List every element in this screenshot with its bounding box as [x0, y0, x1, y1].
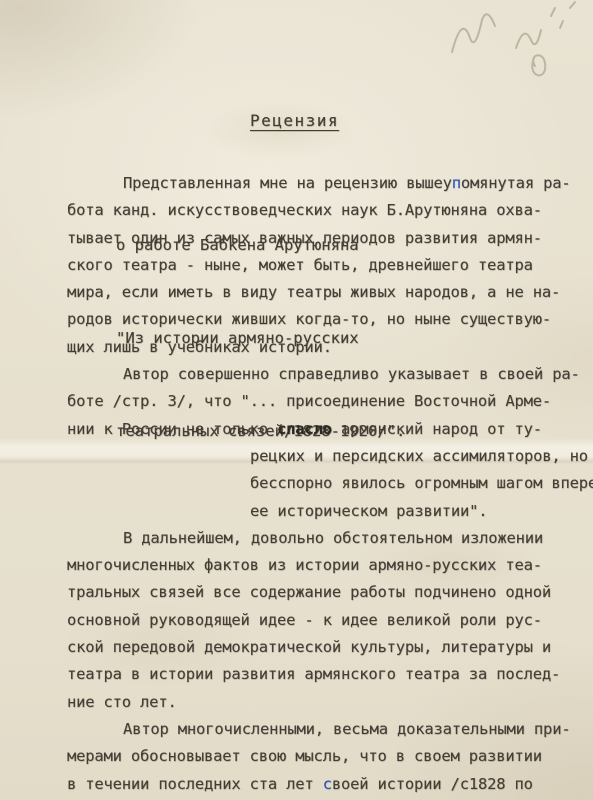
- text-line: ской передовой демократической культуры,…: [67, 634, 587, 661]
- text-segment: основной руководящей идее - к идее велик…: [67, 611, 542, 629]
- pencil-scribble-annotation: [438, 0, 593, 95]
- text-segment: Автор многочисленными, весьма доказатель…: [123, 720, 570, 738]
- text-line: Автор совершенно справедливо указывает в…: [67, 361, 587, 388]
- text-line: В дальнейшем, довольно обстоятельном изл…: [67, 525, 587, 552]
- text-line: мира, если иметь в виду театры живых нар…: [67, 279, 587, 306]
- text-segment: бесспорно явилось огромным шагом вперед …: [250, 474, 593, 492]
- text-line: Автор многочисленными, весьма доказатель…: [67, 716, 587, 743]
- text-line: родов исторически живших когда-то, но ны…: [67, 306, 587, 333]
- text-segment: омянутая ра-: [461, 174, 571, 192]
- text-line: нии к России не только спасло армянский …: [67, 416, 587, 443]
- text-segment: армянский народ от ту-: [332, 420, 542, 438]
- text-segment: щих лишь в учебниках истории.: [67, 338, 332, 356]
- text-segment: Автор совершенно справедливо указывает в…: [123, 365, 580, 383]
- text-segment: многочисленных фактов из истории армяно-…: [67, 556, 542, 574]
- blue-ink-correction: п: [452, 174, 461, 192]
- text-segment: ние сто лет.: [67, 693, 177, 711]
- text-segment: ской передовой демократической культуры,…: [67, 638, 551, 656]
- text-line: тывает один из самых важных периодов раз…: [67, 225, 587, 252]
- text-segment: тывает один из самых важных периодов раз…: [67, 229, 542, 247]
- text-line: мерами обосновывает свою мысль, что в св…: [67, 743, 587, 770]
- text-segment: воей истории /с1828 по: [332, 775, 533, 793]
- text-segment: ского театра - ныне, может быть, древней…: [67, 256, 533, 274]
- text-line: Представленная мне на рецензию вышеупомя…: [67, 170, 587, 197]
- text-line: театра в истории развития армянского теа…: [67, 661, 587, 688]
- text-segment: в течении последних ста лет: [67, 775, 323, 793]
- text-line: многочисленных фактов из истории армяно-…: [67, 552, 587, 579]
- text-segment: родов исторически живших когда-то, но ны…: [67, 310, 551, 328]
- text-segment: мерами обосновывает свою мысль, что в св…: [67, 747, 542, 765]
- text-line: бесспорно явилось огромным шагом вперед …: [67, 470, 587, 497]
- text-segment: ее историческом развитии".: [250, 502, 487, 520]
- blue-ink-correction: с: [323, 775, 332, 793]
- emphasized-word: спасло: [277, 420, 332, 438]
- text-segment: нии к России не только: [67, 420, 277, 438]
- text-segment: рецких и персидских ассимиляторов, но и: [250, 447, 593, 465]
- text-line: тральных связей все содержание работы по…: [67, 579, 587, 606]
- text-line: рецких и персидских ассимиляторов, но и: [67, 443, 587, 470]
- text-segment: бота канд. искусствоведческих наук Б.Ару…: [67, 201, 542, 219]
- text-segment: тральных связей все содержание работы по…: [67, 583, 551, 601]
- text-segment: В дальнейшем, довольно обстоятельном изл…: [123, 529, 543, 547]
- document-body: Представленная мне на рецензию вышеупомя…: [67, 170, 587, 798]
- text-line: в течении последних ста лет своей истори…: [67, 771, 587, 798]
- text-line: боте /стр. 3/, что "... присоединение Во…: [67, 388, 587, 415]
- text-segment: мира, если иметь в виду театры живых нар…: [67, 283, 560, 301]
- document-page: Рецензия о работе Бабкена Арутюняна "Из …: [0, 0, 593, 800]
- text-line: ние сто лет.: [67, 689, 587, 716]
- text-line: бота канд. искусствоведческих наук Б.Ару…: [67, 197, 587, 224]
- document-title: Рецензия: [250, 105, 339, 136]
- text-segment: Представленная мне на рецензию вышеу: [123, 174, 452, 192]
- text-segment: боте /стр. 3/, что "... присоединение Во…: [67, 392, 551, 410]
- text-segment: театра в истории развития армянского теа…: [67, 665, 560, 683]
- text-line: ее историческом развитии".: [67, 498, 587, 525]
- text-line: ского театра - ныне, может быть, древней…: [67, 252, 587, 279]
- text-line: основной руководящей идее - к идее велик…: [67, 607, 587, 634]
- text-line: щих лишь в учебниках истории.: [67, 334, 587, 361]
